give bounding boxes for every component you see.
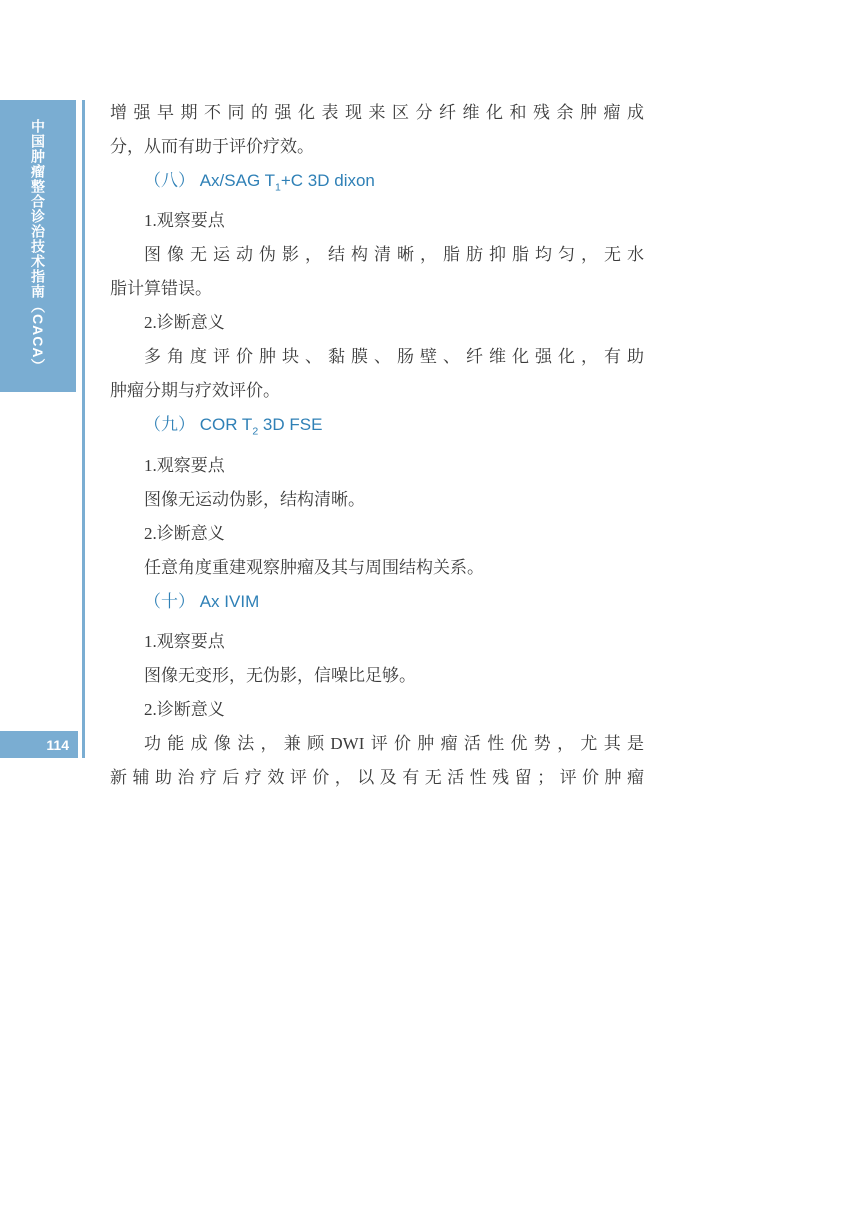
section-heading: （八） Ax/SAG T1+C 3D dixon	[110, 164, 644, 204]
vertical-divider-rule	[82, 100, 85, 758]
page-number: 114	[46, 737, 69, 753]
heading-text: （八） Ax/SAG T	[144, 171, 275, 190]
section-heading: （九） COR T2 3D FSE	[110, 408, 644, 448]
text-line: 肿瘤分期与疗效评价。	[110, 374, 644, 408]
heading-text: 3D FSE	[258, 415, 322, 434]
text-line: 2.诊断意义	[110, 693, 644, 727]
sidebar-bar: 中国肿瘤整合诊治技术指南（CACA）	[0, 100, 76, 392]
heading-text: （十） Ax IVIM	[144, 592, 259, 611]
text-line: 多角度评价肿块、黏膜、肠壁、纤维化强化，有助	[110, 340, 644, 374]
text-line: 图像无变形，无伪影，信噪比足够。	[110, 659, 644, 693]
sidebar-title: 中国肿瘤整合诊治技术指南（CACA）	[31, 119, 45, 373]
text-line: 图像无运动伪影，结构清晰。	[110, 483, 644, 517]
text-line: 2.诊断意义	[110, 306, 644, 340]
page-number-badge: 114	[0, 731, 78, 758]
text-line: 2.诊断意义	[110, 517, 644, 551]
text-line: 增强早期不同的强化表现来区分纤维化和残余肿瘤成	[110, 96, 644, 130]
text-line: 1.观察要点	[110, 625, 644, 659]
text-line: 图像无运动伪影，结构清晰，脂肪抑脂均匀，无水	[110, 238, 644, 272]
text-line: 新辅助治疗后疗效评价，以及有无活性残留；评价肿瘤	[110, 761, 644, 795]
text-line: 1.观察要点	[110, 449, 644, 483]
text-line: 脂计算错误。	[110, 272, 644, 306]
heading-text: +C 3D dixon	[281, 171, 375, 190]
text-line: 任意角度重建观察肿瘤及其与周围结构关系。	[110, 551, 644, 585]
text-line: 功能成像法，兼顾DWI评价肿瘤活性优势，尤其是	[110, 727, 644, 761]
heading-text: （九） COR T	[144, 415, 252, 434]
section-heading: （十） Ax IVIM	[110, 585, 644, 625]
content-area: 增强早期不同的强化表现来区分纤维化和残余肿瘤成 分，从而有助于评价疗效。 （八）…	[110, 96, 644, 795]
text-line: 1.观察要点	[110, 204, 644, 238]
document-page: 中国肿瘤整合诊治技术指南（CACA） 114 增强早期不同的强化表现来区分纤维化…	[0, 0, 867, 1218]
text-line: 分，从而有助于评价疗效。	[110, 130, 644, 164]
